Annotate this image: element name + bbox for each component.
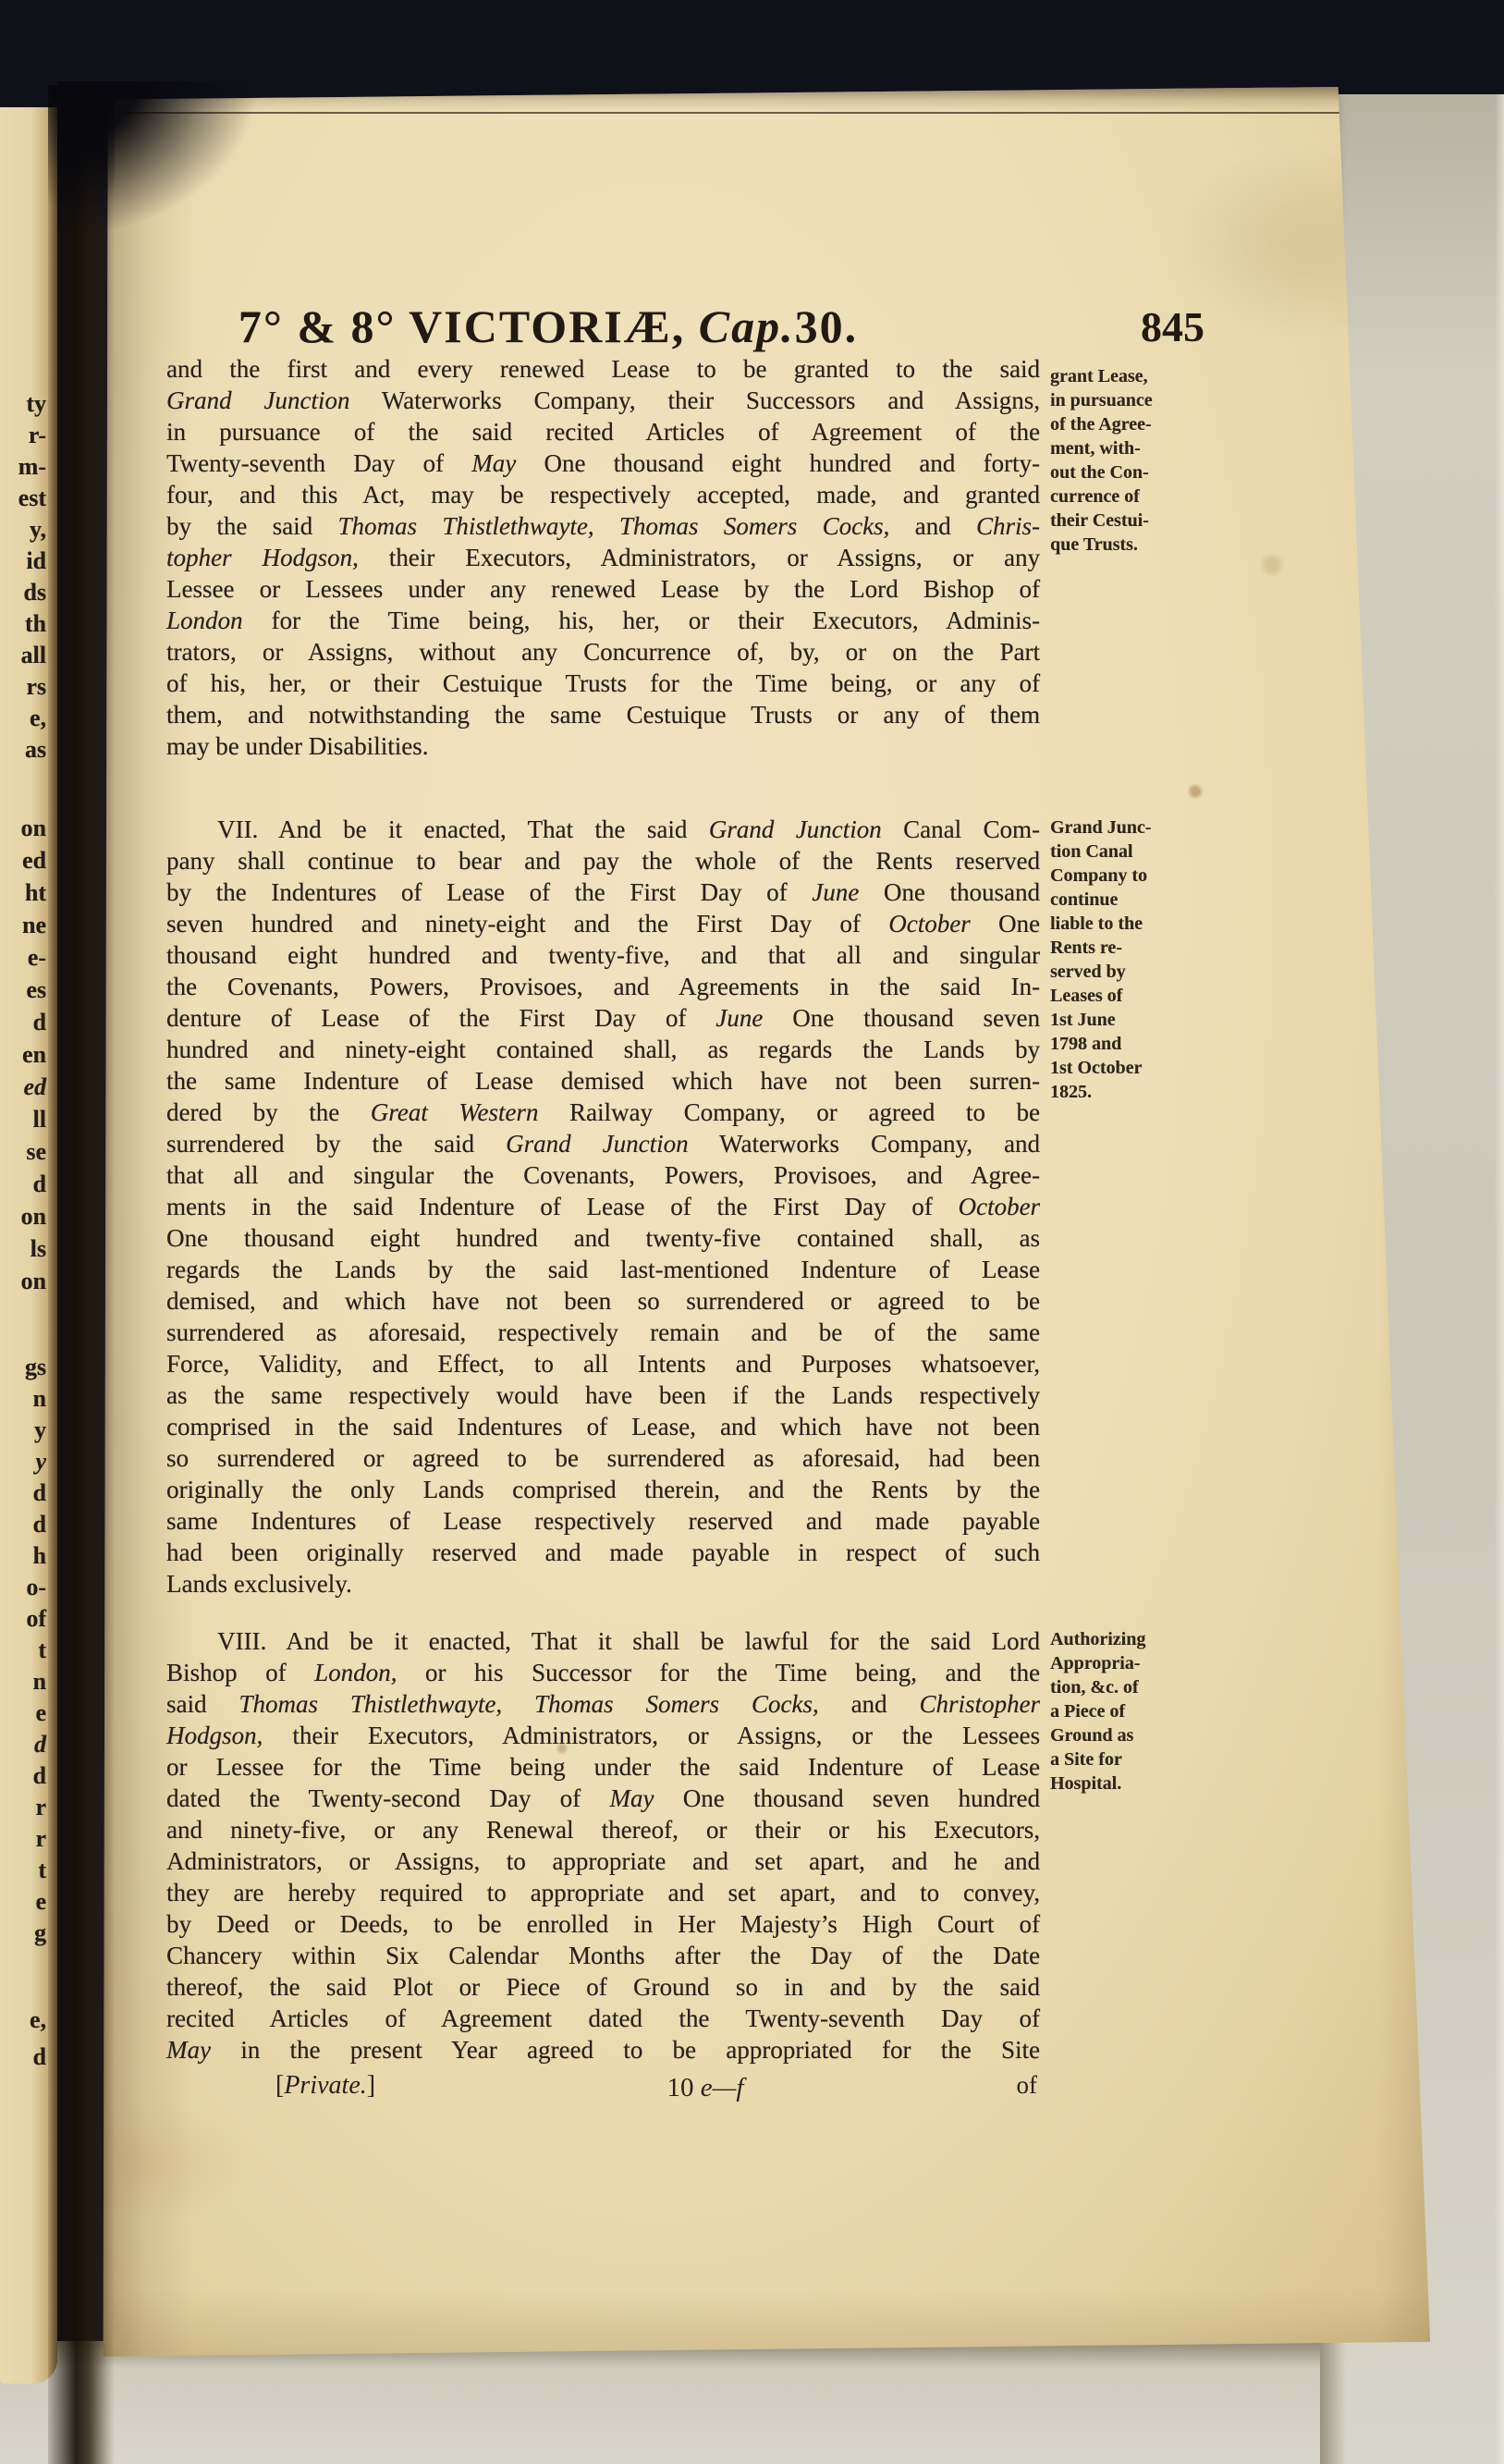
facing-page-text-fragments: tyr-m-esty,iddsthallrse,asonedhtnee-esde…	[0, 0, 52, 2464]
book-scan: { "header": { "title": "7° & 8° VICTORIÆ…	[0, 0, 1504, 2464]
page-top-crease	[120, 87, 1413, 114]
body-text-column: and the first and every renewed Lease to…	[166, 353, 1040, 2066]
page-title: 7° & 8° VICTORIÆ, Cap.30.	[155, 300, 941, 353]
margin-note-grant-lease: grant Lease,in pursuanceof the Agree-men…	[1050, 364, 1252, 557]
catchword: of	[1017, 2071, 1038, 2100]
signature-mark: 10 e—f	[641, 2073, 770, 2103]
private-label: [Private.]	[275, 2071, 375, 2101]
book-page: 7° & 8° VICTORIÆ, Cap.30. 845 and the fi…	[100, 87, 1433, 2358]
section-viii-paragraph: VIII. And be it enacted, That it shall b…	[166, 1625, 1040, 2066]
under-page-bottom-edge	[0, 2341, 1504, 2464]
top-left-corner-shadow	[57, 81, 261, 239]
margin-note-hospital-site: AuthorizingAppropria-tion, &c. ofa Piece…	[1050, 1627, 1252, 1796]
book-gutter-shadow	[48, 85, 115, 2464]
margin-note-canal-company: Grand Junc-tion CanalCompany tocontinuel…	[1050, 815, 1252, 1104]
section-vii-paragraph: VII. And be it enacted, That the said Gr…	[166, 814, 1040, 1600]
page-number: 845	[1141, 302, 1242, 351]
paragraph-continuation: and the first and every renewed Lease to…	[166, 353, 1040, 762]
